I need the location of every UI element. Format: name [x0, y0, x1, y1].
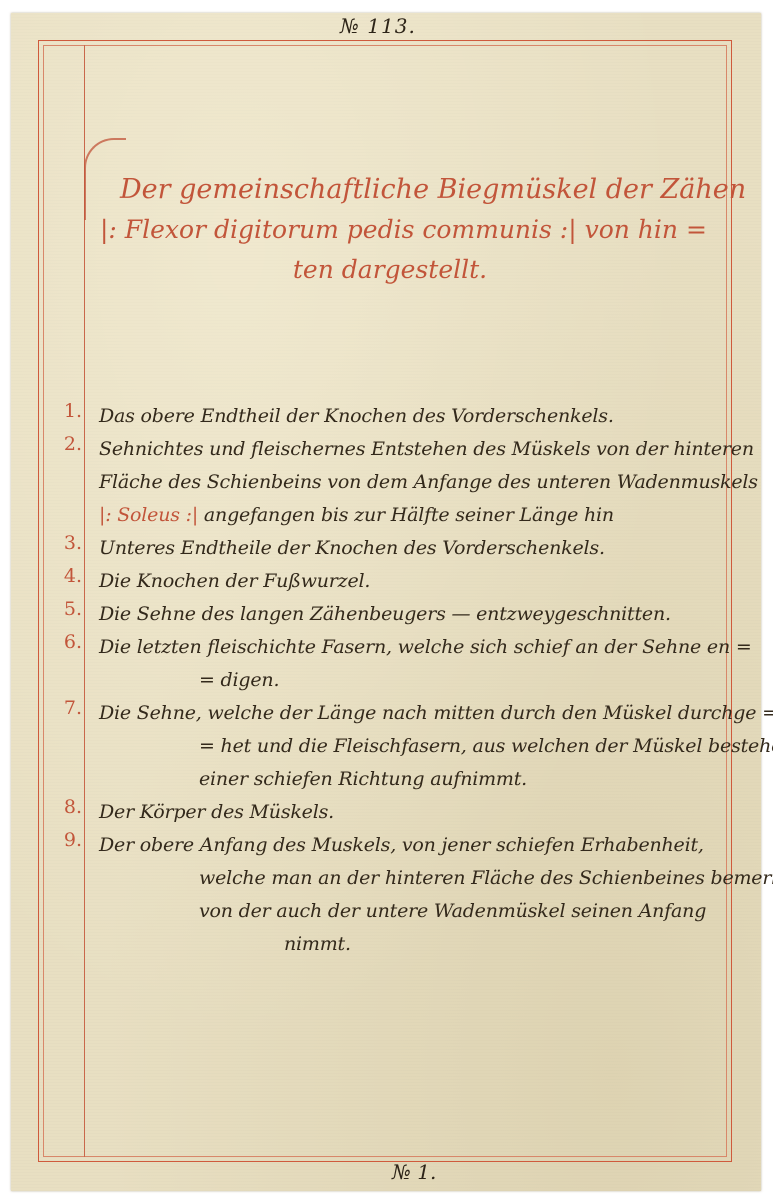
item-text: Fläche des Schienbeins von dem Anfange d…: [99, 466, 734, 499]
item-text: = het und die Fleischfasern, aus welchen…: [99, 730, 734, 763]
item-text: Die letzten fleischichte Fasern, welche …: [99, 631, 734, 664]
title-line-2-rest: von hin =: [577, 215, 707, 244]
item-number: 4.: [44, 565, 82, 587]
legend-item-5: 5. Die Sehne des langen Zähenbeugers — e…: [44, 598, 734, 631]
item-text: von der auch der untere Wadenmüskel sein…: [99, 895, 734, 928]
item-text: Unteres Endtheile der Knochen des Vorder…: [99, 532, 734, 565]
item-number: 9.: [44, 829, 82, 851]
item-number: 8.: [44, 796, 82, 818]
folio-number-top: № 113.: [340, 14, 416, 38]
latin-name-soleus: |: Soleus :|: [99, 504, 198, 526]
item-number: 6.: [44, 631, 82, 653]
item-text: Sehnichtes und fleischernes Entstehen de…: [99, 433, 734, 466]
item-text: Der obere Anfang des Muskels, von jener …: [99, 829, 734, 862]
item-text: Die Sehne, welche der Länge nach mitten …: [99, 697, 734, 730]
legend-item-1: 1. Das obere Endtheil der Knochen des Vo…: [44, 400, 734, 433]
item-text: einer schiefen Richtung aufnimmt.: [99, 763, 734, 796]
item-number: 7.: [44, 697, 82, 719]
item-text: Die Sehne des langen Zähenbeugers — entz…: [99, 598, 734, 631]
legend-item-8: 8. Der Körper des Müskels.: [44, 796, 734, 829]
legend-item-7: 7. Die Sehne, welche der Länge nach mitt…: [44, 697, 734, 796]
item-text: |: Soleus :| angefangen bis zur Hälfte s…: [99, 499, 734, 532]
item-text: nimmt.: [99, 928, 734, 961]
folio-number-bottom: № 1.: [392, 1160, 436, 1184]
page-title: Der gemeinschaftliche Biegmüskel der Zäh…: [100, 170, 680, 290]
item-number: 1.: [44, 400, 82, 422]
legend-item-9: 9. Der obere Anfang des Muskels, von jen…: [44, 829, 734, 961]
title-latin-name: |: Flexor digitorum pedis communis :|: [100, 215, 577, 244]
item-number: 5.: [44, 598, 82, 620]
item-text-rest: angefangen bis zur Hälfte seiner Länge h…: [198, 504, 614, 526]
item-text: Das obere Endtheil der Knochen des Vorde…: [99, 400, 734, 433]
item-text: = digen.: [99, 664, 734, 697]
legend-item-3: 3. Unteres Endtheile der Knochen des Vor…: [44, 532, 734, 565]
item-text: Die Knochen der Fußwurzel.: [99, 565, 734, 598]
legend-item-2: 2. Sehnichtes und fleischernes Entstehen…: [44, 433, 734, 532]
item-number: 3.: [44, 532, 82, 554]
item-number: 2.: [44, 433, 82, 455]
item-text: welche man an der hinteren Fläche des Sc…: [99, 862, 734, 895]
legend-item-6: 6. Die letzten fleischichte Fasern, welc…: [44, 631, 734, 697]
title-line-3: ten dargestellt.: [100, 250, 680, 290]
item-text: Der Körper des Müskels.: [99, 796, 734, 829]
title-line-2: |: Flexor digitorum pedis communis :| vo…: [100, 210, 680, 250]
title-line-1: Der gemeinschaftliche Biegmüskel der Zäh…: [100, 170, 680, 210]
legend-list: 1. Das obere Endtheil der Knochen des Vo…: [44, 400, 734, 961]
legend-item-4: 4. Die Knochen der Fußwurzel.: [44, 565, 734, 598]
